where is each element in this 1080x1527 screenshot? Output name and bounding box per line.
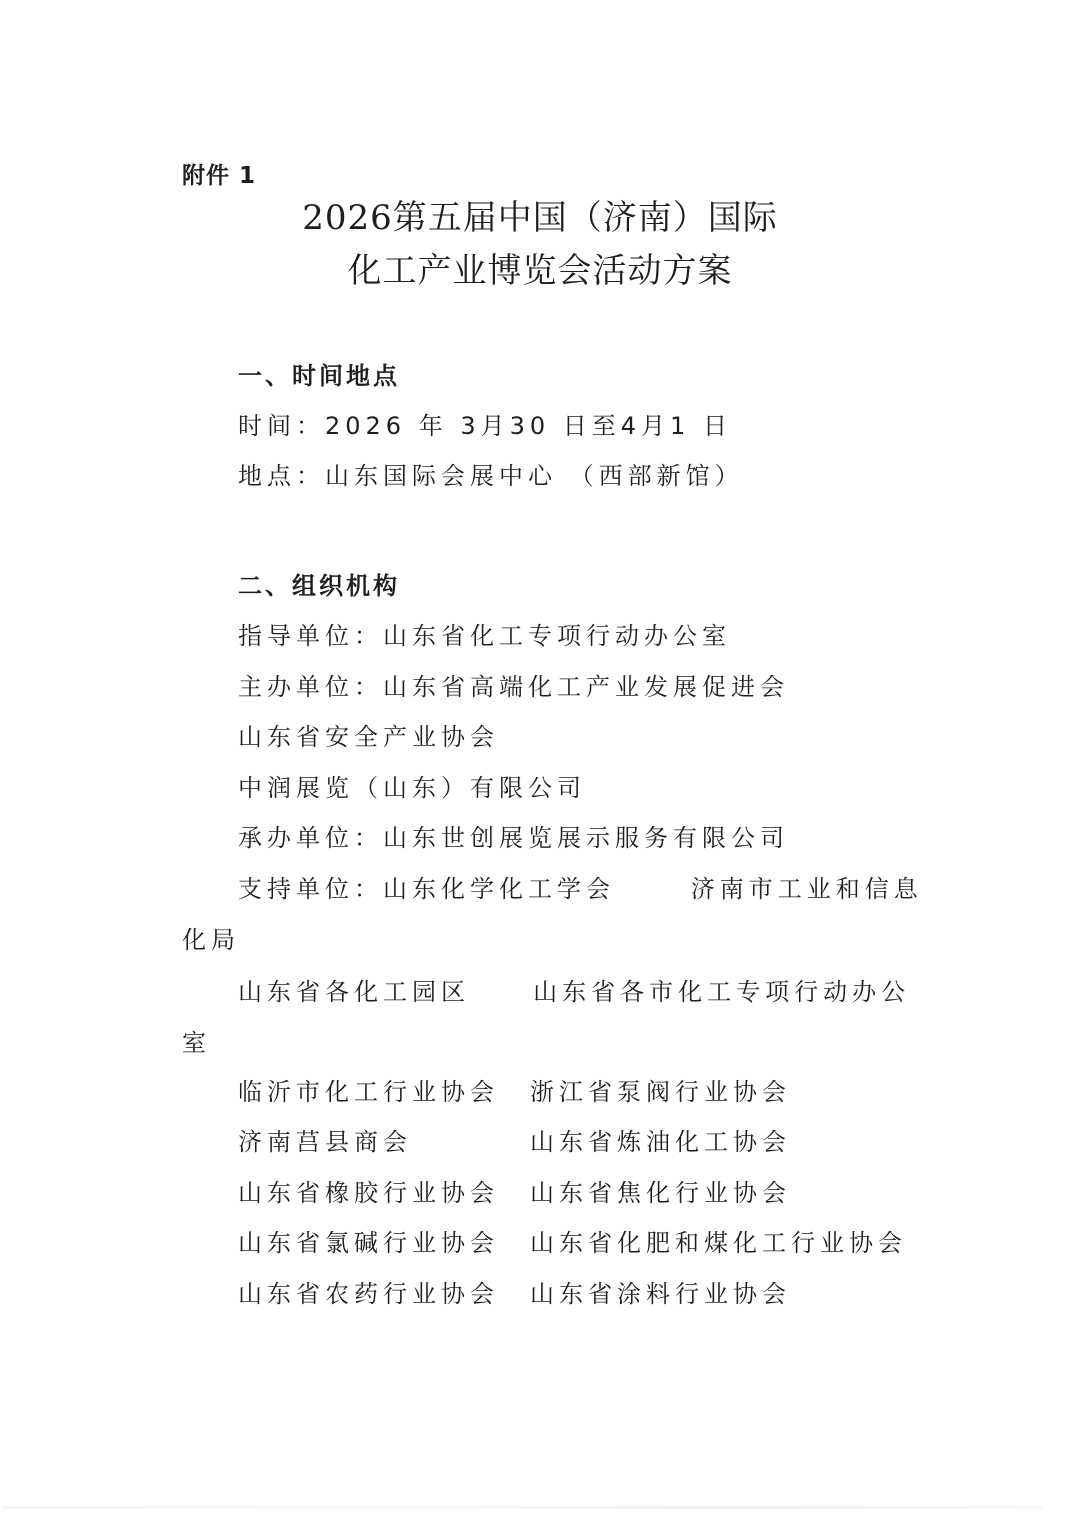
supporter-right-5: 山东省涂料行业协会 [530, 1279, 791, 1309]
supporter-right-1: 浙江省泵阀行业协会 [530, 1077, 791, 1107]
scan-edge-line [2, 1506, 1042, 1509]
host-unit-line-2: 山东省安全产业协会 [238, 722, 499, 752]
supporter-left-1: 临沂市化工行业协会 [238, 1077, 499, 1107]
supporter-left-4: 山东省氯碱行业协会 [238, 1228, 499, 1258]
support-unit-line: 支持单位：山东化学化工学会 济南市工业和信息 [238, 874, 923, 904]
supporter-left-3: 山东省橡胶行业协会 [238, 1178, 499, 1208]
host-unit-line: 主办单位：山东省高端化工产业发展促进会 [238, 672, 789, 702]
attachment-label: 附件 1 [182, 157, 256, 190]
place-line: 地点：山东国际会展中心 （西部新馆） [238, 461, 744, 491]
document-title-line-1: 2026第五届中国（济南）国际 [0, 198, 1080, 238]
organizer-unit-line: 承办单位：山东世创展览展示服务有限公司 [238, 823, 789, 853]
supporter-left-5: 山东省农药行业协会 [238, 1279, 499, 1309]
support-unit-line-wrap: 化局 [182, 925, 240, 955]
supporter-right-3: 山东省焦化行业协会 [530, 1178, 791, 1208]
document-title-line-2: 化工产业博览会活动方案 [0, 251, 1080, 291]
document-page: 附件 1 2026第五届中国（济南）国际 化工产业博览会活动方案 一、时间地点 … [0, 0, 1080, 1527]
guiding-unit-line: 指导单位：山东省化工专项行动办公室 [238, 621, 731, 651]
time-line: 时间：2026 年 3月30 日至4月1 日 [238, 411, 732, 441]
supporter-right-4: 山东省化肥和煤化工行业协会 [530, 1228, 907, 1258]
support-unit-line-2-wrap: 室 [182, 1028, 211, 1058]
supporter-right-2: 山东省炼油化工协会 [530, 1127, 791, 1157]
host-unit-line-3: 中润展览（山东）有限公司 [238, 773, 586, 803]
section-heading-organization: 二、组织机构 [238, 571, 400, 601]
section-heading-time-place: 一、时间地点 [238, 361, 400, 391]
supporter-left-2: 济南莒县商会 [238, 1127, 412, 1157]
support-unit-line-2: 山东省各化工园区 山东省各市化工专项行动办公 [238, 977, 910, 1007]
